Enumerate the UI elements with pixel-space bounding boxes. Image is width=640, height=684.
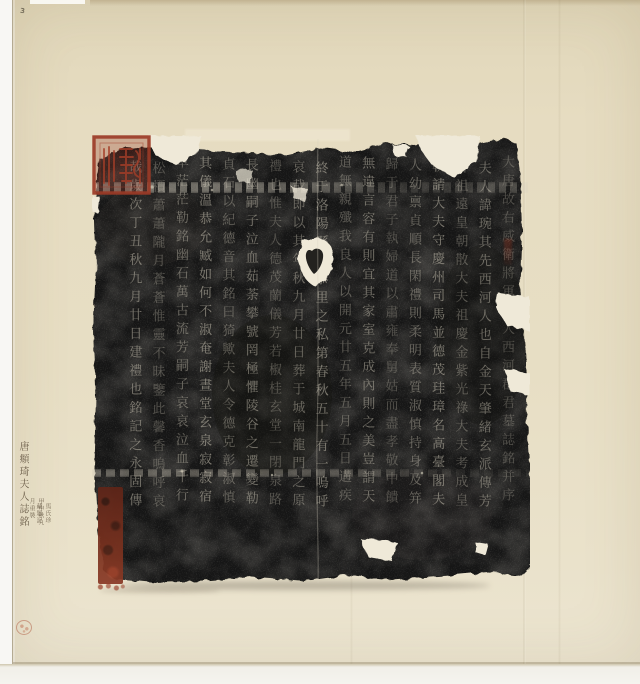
chip-left: [92, 195, 100, 213]
collector-seal-square: [92, 135, 151, 195]
scanned-rubbing-page: з 唐頫琦夫人誌銘 甲申秋九月重裝 馬氏珍藏題記: [0, 0, 640, 684]
ink-rubbing: 大唐故右威衛將軍夫人西河郡君墓誌銘并序夫人諱琬其先西河人也自金天肇緒玄派傳芳曾祖…: [92, 135, 530, 585]
collector-seal-tall: [98, 487, 123, 584]
chip-top-right: [416, 135, 480, 177]
scan-background-strip: [0, 664, 640, 684]
white-patch: [236, 169, 252, 183]
chip-right-2: [504, 369, 530, 395]
paper-top-edge-shadow: [90, 0, 640, 6]
chip-top-mid: [392, 144, 410, 157]
center-crack: [317, 139, 318, 583]
seal-ink-bleed: [504, 239, 512, 265]
chip-bottom-small: [475, 542, 488, 555]
chip-right-1: [496, 293, 530, 331]
collector-seal-tall-foot: [94, 582, 126, 592]
chip-bottom: [360, 538, 397, 561]
small-round-seal: [16, 620, 32, 635]
paper-top-white-sliver: [30, 0, 85, 4]
collector-annotation: 唐頫琦夫人誌銘 甲申秋九月重裝 馬氏珍藏題記: [15, 441, 30, 529]
rubbing-sheet-right-edge: [529, 152, 538, 577]
collector-annotation-small-2: 馬氏珍藏題記: [34, 503, 52, 529]
paper-loss-layer: [92, 135, 530, 585]
chip-top-left: [148, 135, 202, 165]
white-patch: [292, 187, 308, 201]
